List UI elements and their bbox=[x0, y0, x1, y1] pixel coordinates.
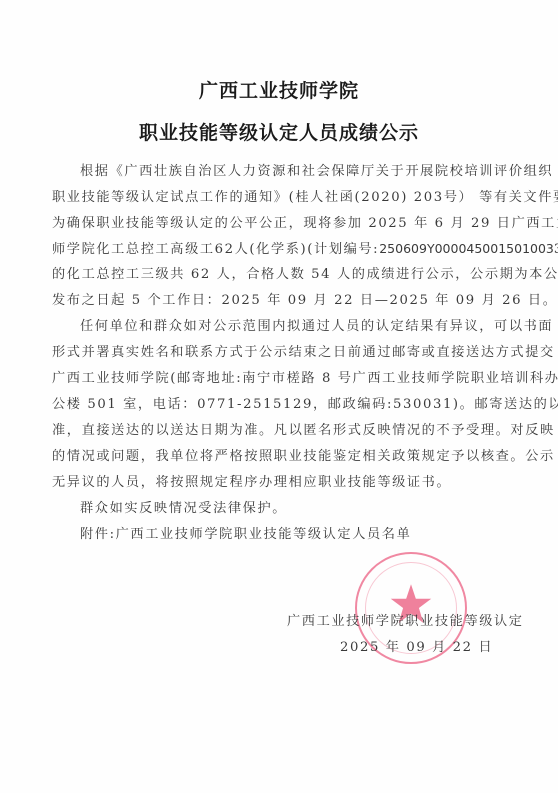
signature-organization: 广西工业技师学院职业技能等级认定 bbox=[287, 610, 524, 629]
paragraph1-line4: 师学院化工总控工高级工62人(化学系)(计划编号:250609Y00004500… bbox=[52, 240, 558, 259]
paragraph1-line5: 的化工总控工三级共 62 人，合格人数 54 人的成绩进行公示，公示期为本公示 bbox=[52, 266, 558, 284]
paragraph1-line2: 职业技能等级认定试点工作的通知》(桂人社函(2020) 203号） 等有关文件要… bbox=[52, 189, 558, 207]
paragraph2-line6: 的情况或问题，我单位将严格按照职业技能鉴定相关政策规定予以核查。公示 bbox=[52, 448, 555, 466]
attachment-line: 附件:广西工业技师学院职业技能等级认定人员名单 bbox=[80, 526, 411, 544]
paragraph1-line1: 根据《广西壮族自治区人力资源和社会保障厅关于开展院校培训评价组织 bbox=[80, 163, 553, 181]
paragraph1-line6: 发布之日起 5 个工作日：2025 年 09 月 22 日—2025 年 09 … bbox=[52, 292, 558, 310]
document-title-notice: 职业技能等级认定人员成绩公示 bbox=[0, 118, 558, 145]
paragraph2-line3: 广西工业技师学院(邮寄地址:南宁市槎路 8 号广西工业技师学院职业培训科办 bbox=[52, 370, 558, 388]
paragraph2-line7: 无异议的人员，将按照规定程序办理相应职业技能等级证书。 bbox=[52, 474, 451, 492]
paragraph2-line1: 任何单位和群众如对公示范围内拟通过人员的认定结果有异议，可以书面 bbox=[80, 318, 553, 336]
document-title-institution: 广西工业技师学院 bbox=[0, 76, 558, 103]
plan-number: 250609Y000045001501003 bbox=[379, 241, 554, 256]
document-page: 广西工业技师学院 职业技能等级认定人员成绩公示 根据《广西壮族自治区人力资源和社… bbox=[0, 0, 558, 793]
signature-date: 2025 年 09 月 22 日 bbox=[340, 636, 493, 655]
paragraph1-line3: 为确保职业技能等级认定的公平公正，现将参加 2025 年 6 月 29 日广西工… bbox=[52, 215, 558, 233]
paragraph2-line4: 公楼 501 室，电话：0771-2515129，邮政编码:530031)。邮寄… bbox=[52, 396, 558, 414]
plan-number-suffix: 3） bbox=[554, 242, 558, 257]
paragraph1-line4-text: 师学院化工总控工高级工62人(化学系)(计划编号: bbox=[52, 242, 379, 257]
paragraph2-line5: 准，直接送达的以送达日期为准。凡以匿名形式反映情况的不予受理。对反映 bbox=[52, 422, 555, 440]
paragraph3: 群众如实反映情况受法律保护。 bbox=[80, 500, 287, 518]
paragraph2-line2: 形式并署真实姓名和联系方式于公示结束之日前通过邮寄或直接送达方式提交 bbox=[52, 344, 555, 362]
